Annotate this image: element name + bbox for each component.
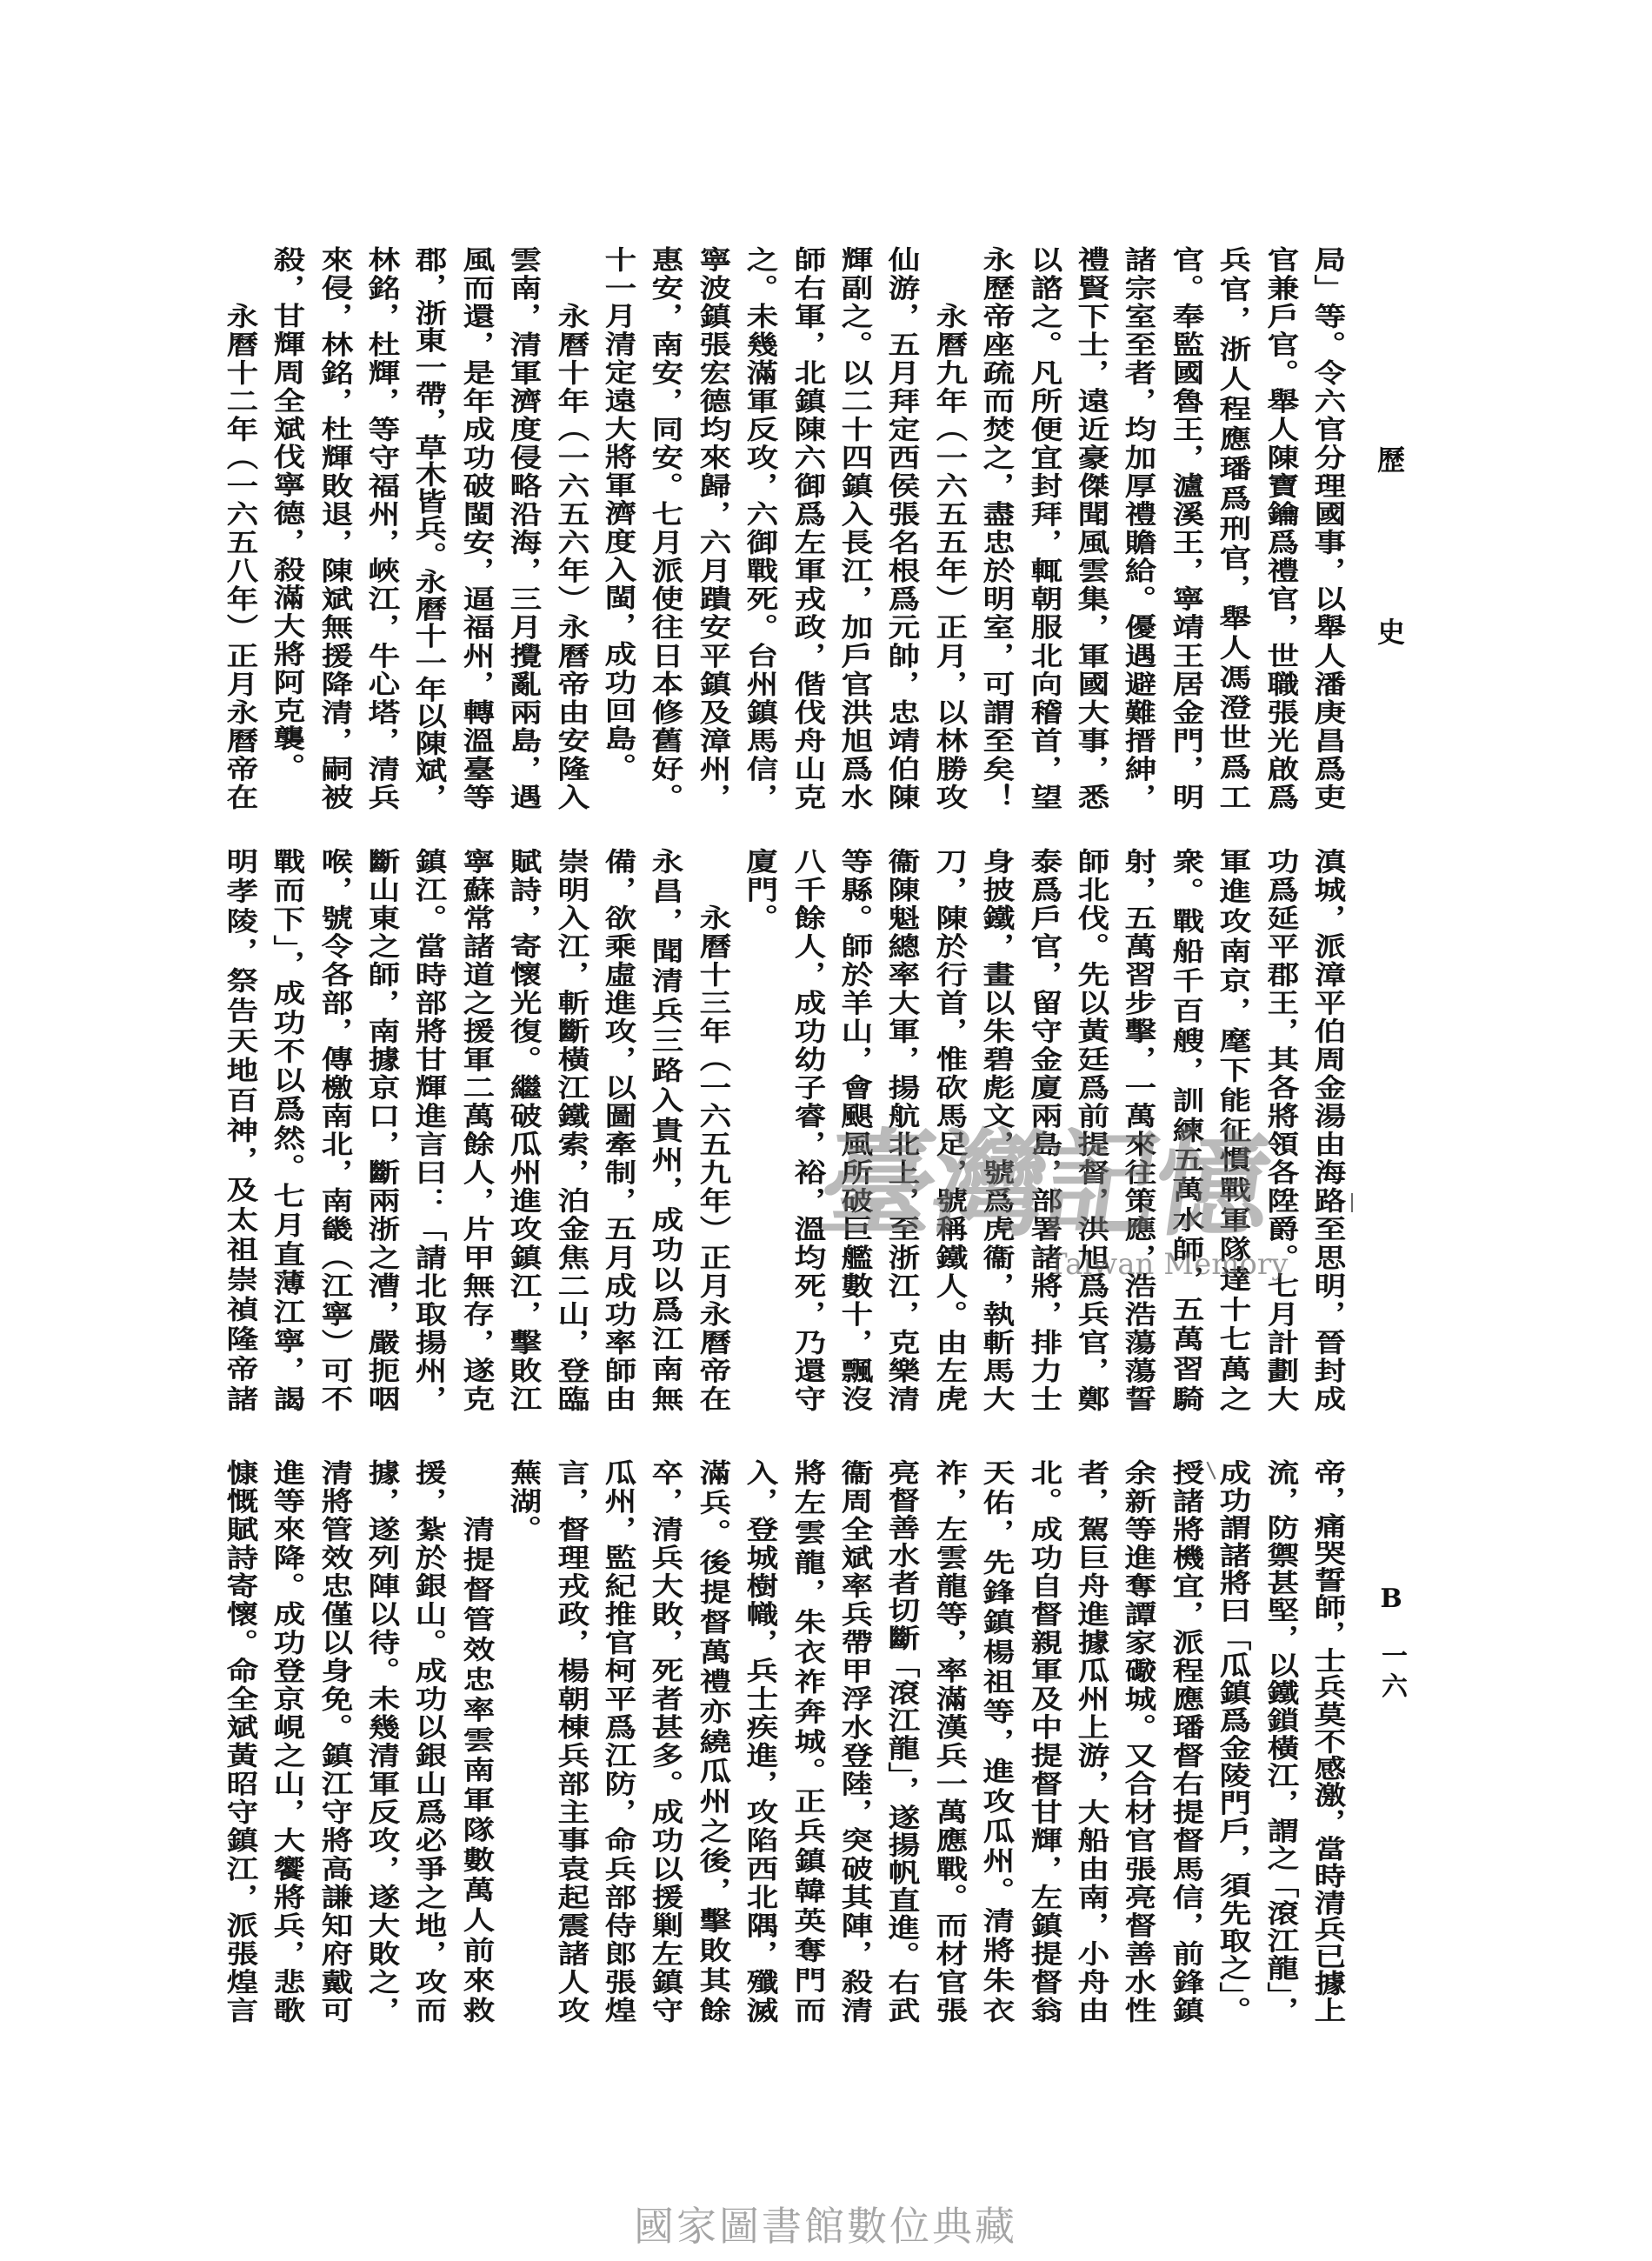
text-tier-2: 滇城，派漳平伯周金湯由海路至思明，晉封成 功爲延平郡王，其各將領各陞爵。七月計劃… xyxy=(0,848,1652,1413)
footer-library-credit: 國家圖書館數位典藏 xyxy=(634,2203,1025,2250)
scan-mark xyxy=(1351,1193,1353,1212)
text-tier-3: 帝，痛哭誓師，士兵莫不感激，當時清兵已據上 流，防禦甚堅，以鐵鎖橫江，謂之「滾江… xyxy=(0,1459,1652,2024)
scanned-book-page: 歷 史 B 一六 局」等。令六官分理國事，以舉人潘庚昌爲吏 官兼戶官。舉人陳寶鑰… xyxy=(0,0,1652,2261)
text-column: 明孝陵，祭告天地百神，及太祖崇禎隆帝諸 xyxy=(210,848,267,1411)
paragraph-start-column: 永曆十二年（一六五八年）正月永曆帝在 xyxy=(210,246,267,810)
text-tier-1: 局」等。令六官分理國事，以舉人潘庚昌爲吏 官兼戶官。舉人陳寶鑰爲禮官，世職張光啟… xyxy=(0,246,1652,811)
text-column: 慷慨賦詩寄懷。命全斌黃昭守鎮江，派張煌言 xyxy=(210,1459,267,2023)
